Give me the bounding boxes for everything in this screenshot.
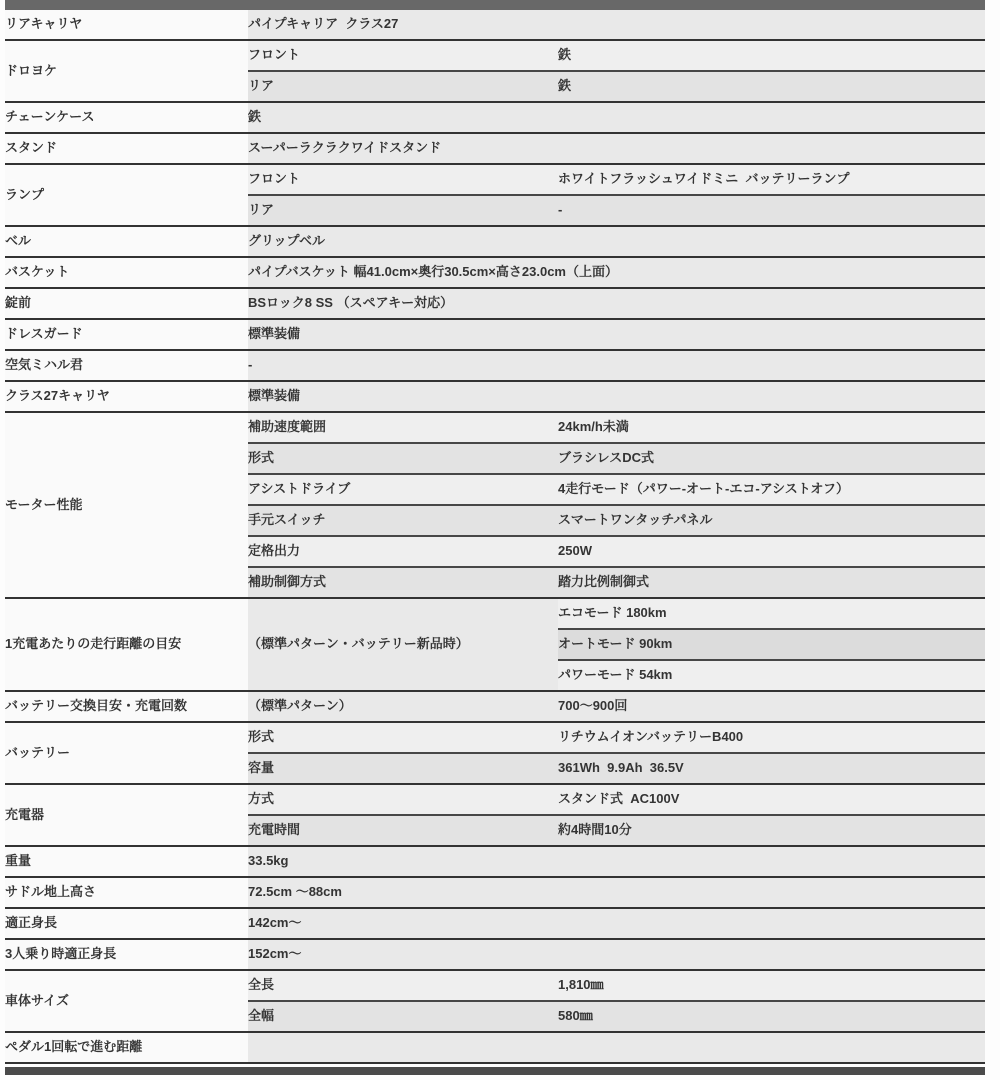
spec-sub-label: 容量 <box>248 753 558 784</box>
spec-value: エコモード 180km <box>558 598 985 629</box>
spec-sub-label: リア <box>248 71 558 102</box>
spec-row: 適正身長142cm～ <box>5 908 985 939</box>
spec-sub-label: 充電時間 <box>248 815 558 846</box>
spec-value: ホワイトフラッシュワイドミニ バッテリーランプ <box>558 164 985 195</box>
spec-row: 車体サイズ全長1,810㎜ <box>5 970 985 1001</box>
spec-value: 標準装備 <box>248 381 985 412</box>
spec-sub-label: リア <box>248 195 558 226</box>
spec-item-label: ペダル1回転で進む距離 <box>5 1032 248 1063</box>
spec-item-label: スタンド <box>5 133 248 164</box>
spec-row: 重量33.5kg <box>5 846 985 877</box>
spec-item-label: 錠前 <box>5 288 248 319</box>
spec-value: 標準装備 <box>248 319 985 350</box>
spec-value: BSロック8 SS （スペアキー対応） <box>248 288 985 319</box>
spec-item-label: 3人乗り時適正身長 <box>5 939 248 970</box>
spec-value: 700～900回 <box>558 691 985 722</box>
spec-value: オートモード 90km <box>558 629 985 660</box>
spec-item-label: ドレスガード <box>5 319 248 350</box>
spec-item-label: 重量 <box>5 846 248 877</box>
spec-item-label: バスケット <box>5 257 248 288</box>
spec-row: ペダル1回転で進む距離 <box>5 1032 985 1063</box>
spec-item-label: 空気ミハル君 <box>5 350 248 381</box>
spec-value: 鉄 <box>248 102 985 133</box>
spec-row: 空気ミハル君- <box>5 350 985 381</box>
spec-sub-label: 全幅 <box>248 1001 558 1032</box>
bottom-divider-bar <box>5 1067 985 1075</box>
top-divider-bar <box>5 0 985 10</box>
spec-value: 361Wh 9.9Ah 36.5V <box>558 753 985 784</box>
spec-value: - <box>248 350 985 381</box>
spec-value: 1,810㎜ <box>558 970 985 1001</box>
spec-value: 鉄 <box>558 71 985 102</box>
spec-item-label: クラス27キャリヤ <box>5 381 248 412</box>
spec-row: ベルグリップベル <box>5 226 985 257</box>
spec-table-wrap: リアキャリヤパイプキャリア クラス27ドロヨケフロント鉄リア鉄チェーンケース鉄ス… <box>5 0 985 1075</box>
spec-item-label: チェーンケース <box>5 102 248 133</box>
spec-value: 33.5kg <box>248 846 985 877</box>
spec-value: - <box>558 195 985 226</box>
spec-sub-label: フロント <box>248 164 558 195</box>
spec-page: リアキャリヤパイプキャリア クラス27ドロヨケフロント鉄リア鉄チェーンケース鉄ス… <box>0 0 1000 1080</box>
spec-item-label: ベル <box>5 226 248 257</box>
spec-sub-label: アシストドライブ <box>248 474 558 505</box>
spec-sub-label: 方式 <box>248 784 558 815</box>
spec-sub-label: 定格出力 <box>248 536 558 567</box>
spec-value: 250W <box>558 536 985 567</box>
spec-row: バッテリー交換目安・充電回数（標準パターン）700～900回 <box>5 691 985 722</box>
spec-value: パワーモード 54km <box>558 660 985 691</box>
spec-row: スタンドスーパーラクラクワイドスタンド <box>5 133 985 164</box>
spec-value: スーパーラクラクワイドスタンド <box>248 133 985 164</box>
spec-row: 錠前BSロック8 SS （スペアキー対応） <box>5 288 985 319</box>
spec-row: リアキャリヤパイプキャリア クラス27 <box>5 10 985 40</box>
spec-item-label: 適正身長 <box>5 908 248 939</box>
spec-value: スタンド式 AC100V <box>558 784 985 815</box>
spec-item-label: バッテリー交換目安・充電回数 <box>5 691 248 722</box>
spec-value: 142cm～ <box>248 908 985 939</box>
spec-row: ドロヨケフロント鉄 <box>5 40 985 71</box>
spec-value: 580㎜ <box>558 1001 985 1032</box>
spec-row: バスケットパイプバスケット 幅41.0cm×奥行30.5cm×高さ23.0cm（… <box>5 257 985 288</box>
spec-value: スマートワンタッチパネル <box>558 505 985 536</box>
spec-value: 約4時間10分 <box>558 815 985 846</box>
spec-value: パイプバスケット 幅41.0cm×奥行30.5cm×高さ23.0cm（上面） <box>248 257 985 288</box>
spec-sub-label: （標準パターン・バッテリー新品時） <box>248 598 558 691</box>
spec-item-label: モーター性能 <box>5 412 248 598</box>
spec-row: サドル地上高さ72.5cm ～88cm <box>5 877 985 908</box>
spec-sub-label: 手元スイッチ <box>248 505 558 536</box>
spec-value: 152cm～ <box>248 939 985 970</box>
spec-table-body: リアキャリヤパイプキャリア クラス27ドロヨケフロント鉄リア鉄チェーンケース鉄ス… <box>5 10 985 1063</box>
spec-item-label: 1充電あたりの走行距離の目安 <box>5 598 248 691</box>
spec-row: 1充電あたりの走行距離の目安（標準パターン・バッテリー新品時）エコモード 180… <box>5 598 985 629</box>
spec-sub-label: 補助速度範囲 <box>248 412 558 443</box>
spec-value: 4走行モード（パワー-オート-エコ-アシストオフ） <box>558 474 985 505</box>
spec-row: 3人乗り時適正身長152cm～ <box>5 939 985 970</box>
spec-sub-label: 補助制御方式 <box>248 567 558 598</box>
spec-value: 72.5cm ～88cm <box>248 877 985 908</box>
spec-value: パイプキャリア クラス27 <box>248 10 985 40</box>
spec-value: 踏力比例制御式 <box>558 567 985 598</box>
spec-item-label: 充電器 <box>5 784 248 846</box>
spec-row: チェーンケース鉄 <box>5 102 985 133</box>
spec-row: 充電器方式スタンド式 AC100V <box>5 784 985 815</box>
spec-sub-label: （標準パターン） <box>248 691 558 722</box>
spec-value: 24km/h未満 <box>558 412 985 443</box>
spec-item-label: 車体サイズ <box>5 970 248 1032</box>
spec-sub-label: 形式 <box>248 443 558 474</box>
spec-sub-label: 形式 <box>248 722 558 753</box>
spec-item-label: バッテリー <box>5 722 248 784</box>
spec-item-label: ランプ <box>5 164 248 226</box>
spec-row: クラス27キャリヤ標準装備 <box>5 381 985 412</box>
spec-table: リアキャリヤパイプキャリア クラス27ドロヨケフロント鉄リア鉄チェーンケース鉄ス… <box>5 10 985 1064</box>
spec-row: ドレスガード標準装備 <box>5 319 985 350</box>
spec-value: グリップベル <box>248 226 985 257</box>
spec-row: バッテリー形式リチウムイオンバッテリーB400 <box>5 722 985 753</box>
spec-item-label: リアキャリヤ <box>5 10 248 40</box>
spec-value <box>248 1032 985 1063</box>
spec-sub-label: 全長 <box>248 970 558 1001</box>
spec-sub-label: フロント <box>248 40 558 71</box>
spec-value: リチウムイオンバッテリーB400 <box>558 722 985 753</box>
spec-value: 鉄 <box>558 40 985 71</box>
spec-item-label: ドロヨケ <box>5 40 248 102</box>
spec-item-label: サドル地上高さ <box>5 877 248 908</box>
spec-row: ランプフロントホワイトフラッシュワイドミニ バッテリーランプ <box>5 164 985 195</box>
spec-row: モーター性能補助速度範囲24km/h未満 <box>5 412 985 443</box>
spec-value: ブラシレスDC式 <box>558 443 985 474</box>
